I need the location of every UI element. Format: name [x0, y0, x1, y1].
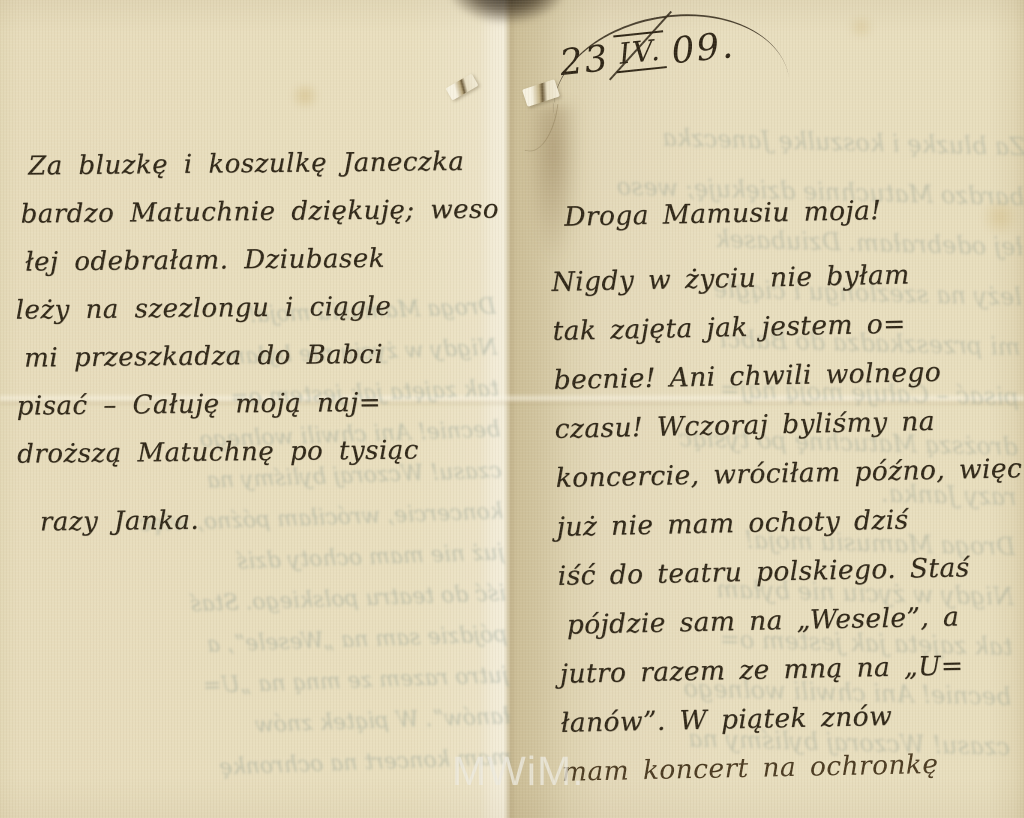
date-year: 09. — [670, 25, 737, 72]
paper-stain — [846, 16, 876, 38]
left-page-text: Za bluzkę i koszulkę Janeczka bardzo Mat… — [14, 137, 518, 546]
handwriting-salutation: Droga Mamusiu moja! — [564, 183, 1017, 241]
letter-scan: Droga Mamusiu moja! Nigdy w życiu nie by… — [0, 0, 1024, 818]
handwriting-line: mam koncert na ochronkę — [561, 738, 1024, 797]
handwriting-line: droższą Matuchnę po tysiąc — [17, 425, 517, 478]
handwriting-line: leży na szezlongu i ciągle — [15, 281, 515, 334]
handwriting-line: pisać – Całuję moją naj= — [16, 377, 516, 430]
paper-stain — [288, 84, 322, 108]
handwriting-signature: razy Janka. — [40, 493, 518, 546]
handwriting-line: łej odebrałam. Dziubasek — [25, 233, 515, 286]
page-gap-shadow — [446, 0, 568, 24]
date-day: 23 — [558, 38, 612, 84]
handwriting-line: jutro razem ze mną na „U= — [559, 640, 1024, 699]
handwriting-line: koncercie, wróciłam późno, więc — [555, 444, 1022, 503]
handwriting-line: mi przeszkadza do Babci — [24, 329, 516, 382]
handwriting-line: bardzo Matuchnie dziękuję; weso — [20, 185, 514, 238]
right-page-text: Droga Mamusiu moja! Nigdy w życiu nie by… — [550, 183, 1024, 797]
handwriting-line: Za bluzkę i koszulkę Janeczka — [28, 137, 514, 190]
date-month: IV. — [613, 30, 667, 73]
